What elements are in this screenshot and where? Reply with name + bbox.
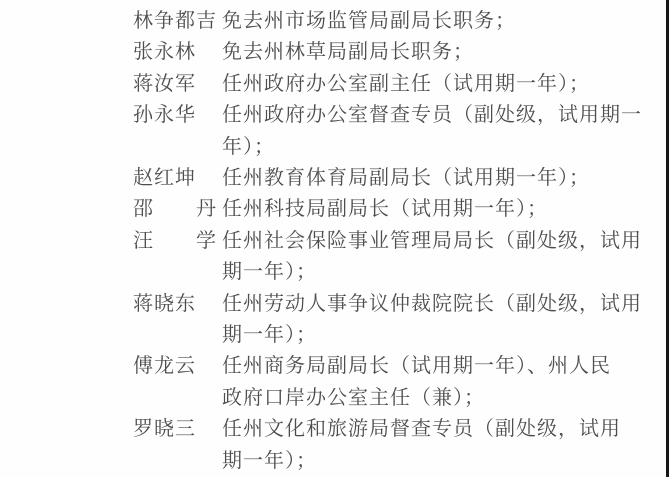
appointee-name: 傅龙云 <box>133 351 222 382</box>
appointee-name: 张永林 <box>133 37 222 68</box>
appointment-description-line: 免去州市场监管局副局长职务； <box>222 6 670 37</box>
appointment-description-line: 任州科技局副局长（试用期一年）； <box>222 194 670 225</box>
appointee-name: 汪 学 <box>133 226 222 257</box>
appointment-entry: 赵红坤 任州教育体育局副局长（试用期一年）； <box>133 163 670 194</box>
appointment-description: 免去州市场监管局副局长职务； <box>222 6 670 37</box>
appointment-description-line: 期一年）； <box>222 320 670 351</box>
appointment-description-line: 期一年）； <box>222 446 670 477</box>
appointment-description: 任州教育体育局副局长（试用期一年）； <box>222 163 670 194</box>
appointment-entry: 邵 丹 任州科技局副局长（试用期一年）； <box>133 194 670 225</box>
appointment-description: 任州劳动人事争议仲裁院院长（副处级，试用期一年）； <box>222 289 670 352</box>
appointment-description: 任州文化和旅游局督查专员（副处级，试用期一年）； <box>222 414 670 477</box>
appointment-description-line: 任州文化和旅游局督查专员（副处级，试用 <box>222 414 670 445</box>
appointee-name: 林争都吉 <box>133 6 222 37</box>
appointment-description-line: 任州商务局副局长（试用期一年）、州人民 <box>222 351 670 382</box>
appointment-description: 任州政府办公室督查专员（副处级，试用期一年）； <box>222 100 670 163</box>
appointment-description: 任州政府办公室副主任（试用期一年）； <box>222 69 670 100</box>
appointment-description-line: 政府口岸办公室主任（兼）； <box>222 383 670 414</box>
appointee-name: 罗晓三 <box>133 414 222 445</box>
appointment-description: 任州科技局副局长（试用期一年）； <box>222 194 670 225</box>
appointment-description-line: 任州劳动人事争议仲裁院院长（副处级，试用 <box>222 289 670 320</box>
appointment-entry: 林争都吉 免去州市场监管局副局长职务； <box>133 6 670 37</box>
page-right-border <box>666 0 669 477</box>
appointment-entry: 傅龙云 任州商务局副局长（试用期一年）、州人民政府口岸办公室主任（兼）； <box>133 351 670 414</box>
appointee-name: 蒋汝军 <box>133 69 222 100</box>
appointment-entry: 孙永华 任州政府办公室督查专员（副处级，试用期一年）； <box>133 100 670 163</box>
appointment-description-line: 年）； <box>222 132 670 163</box>
appointment-description: 任州商务局副局长（试用期一年）、州人民政府口岸办公室主任（兼）； <box>222 351 670 414</box>
appointment-entry: 罗晓三 任州文化和旅游局督查专员（副处级，试用期一年）； <box>133 414 670 477</box>
appointment-entry: 张永林 免去州林草局副局长职务； <box>133 37 670 68</box>
appointment-entry: 蒋汝军 任州政府办公室副主任（试用期一年）； <box>133 69 670 100</box>
appointment-entry: 蒋晓东 任州劳动人事争议仲裁院院长（副处级，试用期一年）； <box>133 289 670 352</box>
appointee-name: 蒋晓东 <box>133 289 222 320</box>
appointment-entry: 汪 学 任州社会保险事业管理局局长（副处级，试用期一年）； <box>133 226 670 289</box>
appointments-list: 林争都吉 免去州市场监管局副局长职务； 张永林 免去州林草局副局长职务； 蒋汝军… <box>0 0 670 477</box>
appointee-name: 赵红坤 <box>133 163 222 194</box>
appointment-description-line: 任州社会保险事业管理局局长（副处级，试用 <box>222 226 670 257</box>
appointment-description-line: 免去州林草局副局长职务； <box>222 37 670 68</box>
appointment-description: 任州社会保险事业管理局局长（副处级，试用期一年）； <box>222 226 670 289</box>
appointee-name: 邵 丹 <box>133 194 222 225</box>
appointment-description-line: 任州政府办公室督查专员（副处级，试用期一 <box>222 100 670 131</box>
appointee-name: 孙永华 <box>133 100 222 131</box>
appointment-description-line: 任州政府办公室副主任（试用期一年）； <box>222 69 670 100</box>
document-page: 林争都吉 免去州市场监管局副局长职务； 张永林 免去州林草局副局长职务； 蒋汝军… <box>0 0 670 477</box>
appointment-description: 免去州林草局副局长职务； <box>222 37 670 68</box>
appointment-description-line: 任州教育体育局副局长（试用期一年）； <box>222 163 670 194</box>
appointment-description-line: 期一年）； <box>222 257 670 288</box>
